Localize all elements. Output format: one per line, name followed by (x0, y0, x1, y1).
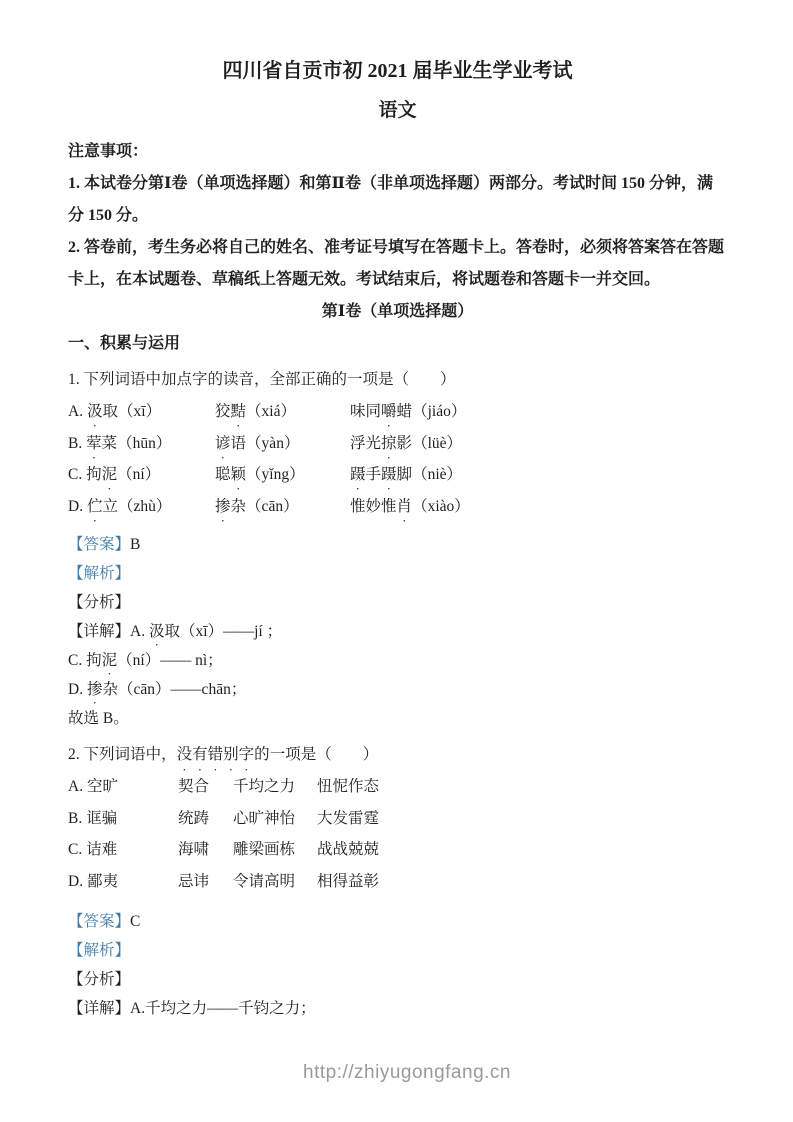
question-2-option-a: A. 空旷 契合 千均之力 忸怩作态 (68, 771, 727, 803)
option-cell: D. 伫立（zhù） (68, 491, 215, 523)
option-cell: 浮光掠影（lüè） (350, 428, 462, 460)
option-cell: 统踌 (178, 803, 233, 835)
option-cell: 掺杂（cān） (215, 491, 350, 523)
option-cell: 海啸 (178, 834, 233, 866)
xiangjie-label: 【详解】 (68, 1000, 130, 1017)
option-cell: C. 拘泥（ní） (68, 459, 215, 491)
xiangjie-detail-c: C. 拘泥（ní）—— nì； (68, 646, 727, 675)
xiangjie-label: 【详解】 (68, 623, 130, 640)
option-cell: 味同嚼蜡（jiáo） (350, 396, 466, 428)
option-cell: B. 诓骗 (68, 803, 178, 835)
option-cell: C. 诘难 (68, 834, 178, 866)
subject-title: 语文 (68, 96, 727, 126)
fenxi-label: 【分析】 (68, 594, 130, 611)
option-cell: 千均之力 (233, 771, 317, 803)
option-cell: 相得益彰 (317, 866, 379, 898)
question-1-option-c: C. 拘泥（ní） 聪颖（yǐng） 蹑手蹑脚（niè） (68, 459, 727, 491)
question-2-option-d: D. 鄙夷 忌讳 令请高明 相得益彰 (68, 866, 727, 898)
option-cell: 心旷神怡 (233, 803, 317, 835)
answer-line-1: 【答案】B (68, 530, 727, 559)
answer-label: 【答案】 (68, 913, 130, 930)
fenxi-label: 【分析】 (68, 971, 130, 988)
option-cell: B. 荤菜（hūn） (68, 428, 215, 460)
section-heading: 第Ⅰ卷（单项选择题） (68, 296, 727, 328)
option-cell: 狡黠（xiá） (215, 396, 350, 428)
option-cell: D. 鄙夷 (68, 866, 178, 898)
jiexi-label: 【解析】 (68, 565, 130, 582)
xiangjie-text: A. 汲取（xī）——jí ； (130, 623, 282, 640)
question-1-option-a: A. 汲取（xī） 狡黠（xiá） 味同嚼蜡（jiáo） (68, 396, 727, 428)
xiangjie-text: A.千均之力——千钧之力； (130, 1000, 316, 1017)
option-cell: 雕梁画栋 (233, 834, 317, 866)
site-watermark: http://zhiyugongfang.cn (303, 1062, 511, 1084)
notice-item-1: 1. 本试卷分第Ⅰ卷（单项选择题）和第Ⅱ卷（非单项选择题）两部分。考试时间 15… (68, 168, 727, 232)
jiexi-line-2: 【解析】 (68, 936, 727, 965)
option-cell: 惟妙惟肖（xiào） (350, 491, 470, 523)
jiexi-label: 【解析】 (68, 942, 130, 959)
question-2-stem: 2. 下列词语中，没有错别字的一项是（ ） (68, 739, 727, 771)
answer-value: C (130, 913, 140, 930)
option-cell: A. 空旷 (68, 771, 178, 803)
fenxi-line-1: 【分析】 (68, 588, 727, 617)
notice-item-2: 2. 答卷前，考生务必将自己的姓名、准考证号填写在答题卡上。答卷时，必须将答案答… (68, 232, 727, 296)
question-1-stem: 1. 下列词语中加点字的读音，全部正确的一项是（ ） (68, 364, 727, 396)
option-cell: 谚语（yàn） (215, 428, 350, 460)
fenxi-line-2: 【分析】 (68, 965, 727, 994)
xiangjie-line-2: 【详解】A.千均之力——千钧之力； (68, 994, 727, 1023)
option-cell: 战战兢兢 (317, 834, 379, 866)
option-cell: 契合 (178, 771, 233, 803)
option-cell: 蹑手蹑脚（niè） (350, 459, 462, 491)
xiangjie-line-1: 【详解】A. 汲取（xī）——jí ； (68, 617, 727, 646)
option-cell: A. 汲取（xī） (68, 396, 215, 428)
exam-document: 四川省自贡市初 2021 届毕业生学业考试 语文 注意事项： 1. 本试卷分第Ⅰ… (0, 0, 793, 1023)
part-heading: 一、积累与运用 (68, 328, 727, 360)
jiexi-line-1: 【解析】 (68, 559, 727, 588)
question-2-option-c: C. 诘难 海啸 雕梁画栋 战战兢兢 (68, 834, 727, 866)
option-cell: 忌讳 (178, 866, 233, 898)
option-cell: 大发雷霆 (317, 803, 379, 835)
question-1-option-d: D. 伫立（zhù） 掺杂（cān） 惟妙惟肖（xiào） (68, 491, 727, 523)
option-cell: 忸怩作态 (317, 771, 379, 803)
xiangjie-detail-d: D. 掺杂（cān）——chān； (68, 675, 727, 704)
page-title: 四川省自贡市初 2021 届毕业生学业考试 (68, 56, 727, 86)
notice-heading: 注意事项： (68, 136, 727, 168)
option-cell: 令请高明 (233, 866, 317, 898)
question-1-option-b: B. 荤菜（hūn） 谚语（yàn） 浮光掠影（lüè） (68, 428, 727, 460)
answer-label: 【答案】 (68, 536, 130, 553)
answer-line-2: 【答案】C (68, 907, 727, 936)
conclusion-line: 故选 B。 (68, 704, 727, 733)
question-2-option-b: B. 诓骗 统踌 心旷神怡 大发雷霆 (68, 803, 727, 835)
answer-value: B (130, 536, 140, 553)
option-cell: 聪颖（yǐng） (215, 459, 350, 491)
